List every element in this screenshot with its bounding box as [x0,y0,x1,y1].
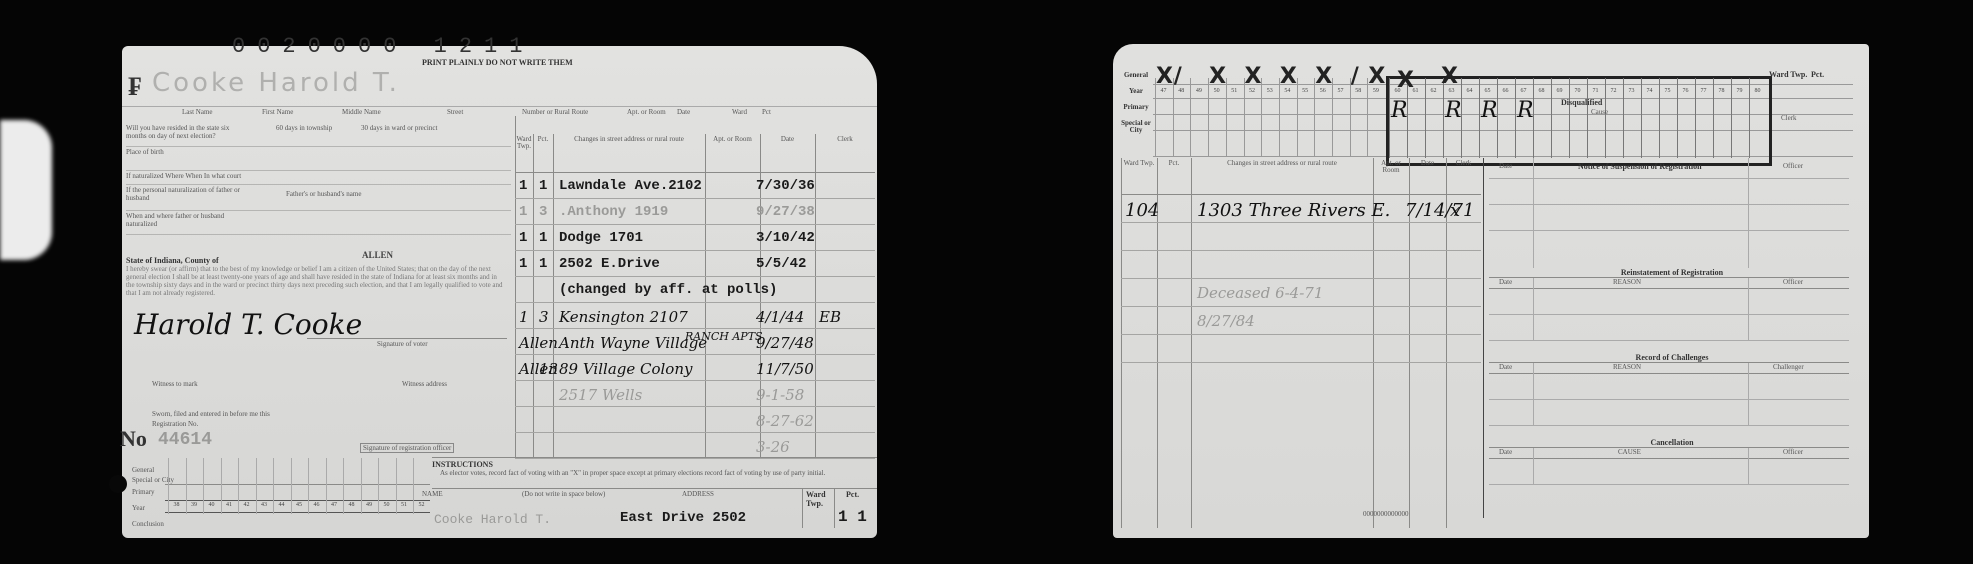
ward-label: Ward Twp. [1769,70,1807,79]
registration-label: Registration No. [152,420,198,428]
pct-cell: 1 [539,178,547,194]
footer-name-label: NAME [422,490,443,498]
address-cell: 1303 Three Rivers E. [1197,200,1390,221]
table-row [1121,226,1481,254]
vote-mark: X [1315,64,1332,89]
year-cell: 70 [1569,88,1586,94]
year-cell: 66 [1497,88,1514,94]
table-row: Deceased 6-4-71 [1121,282,1481,310]
party-mark: R [1391,98,1408,123]
section-row-line [1489,484,1849,485]
section-row-line [1489,399,1849,400]
year-cell: 71 [1587,88,1604,94]
name-field-label: Street [447,108,463,116]
f-mark-icon: ₣ [128,72,141,102]
year-cell: 75 [1659,88,1676,94]
name-field-label: Ward [732,108,747,116]
question-label: 30 days in ward or precinct [361,124,561,132]
grid-row-label: General [1121,72,1151,79]
divider [126,170,511,171]
year-cell: 49 [1190,88,1207,94]
question-label: Place of birth [126,148,326,156]
year-cell: 39 [186,502,203,508]
apt-cell: RANCH APTS [685,330,763,343]
grid-row-label: Year [132,504,145,512]
column-header: Date [760,136,815,143]
section-row-line [1489,425,1849,426]
date-cell: 9/27/38 [756,204,815,220]
year-cell: 50 [378,502,395,508]
year-cell: 41 [221,502,238,508]
table-row: AllenAnth Wayne VillageRANCH APTS9/27/48 [515,332,875,358]
divider [126,234,511,235]
date-cell: 9-1-58 [756,386,804,404]
section-col [1748,278,1749,340]
registration-card-back: GeneralYearPrimarySpecial or City47X48/4… [1113,44,1869,538]
year-cell: 51 [396,502,413,508]
vote-mark: X [1245,64,1262,89]
vote-mark: X [1209,64,1226,89]
footer-note: (Do not write in space below) [522,490,605,498]
ward-cell: Allen [519,334,558,352]
registration-number: 44614 [158,430,212,450]
section-col [1533,278,1534,340]
vote-mark: X [1156,64,1173,89]
address-cell: 2502 E.Drive [559,256,660,272]
voter-signature: Harold T. Cooke [134,308,362,341]
year-cell: 51 [1226,88,1243,94]
date-cell: 3-26 [756,438,790,456]
date-cell: 11/7/50 [756,360,814,378]
instructions-text: As elector votes, record fact of voting … [440,469,860,477]
column-header: Pct. [1157,160,1191,167]
section-col [1748,448,1749,484]
section-line [1489,458,1849,459]
status-records: DateNotice of Suspension of Registration… [1483,158,1861,528]
ward-cell: 104 [1125,200,1159,221]
table-row: 8-27-62 [515,410,875,436]
divider [126,184,511,185]
registration-card-front: 0020000 1211 PRINT PLAINLY DO NOT WRITE … [122,46,877,538]
table-row: 11Dodge 17013/10/42 [515,228,875,254]
party-mark: R [1517,98,1534,123]
county-value: ALLEN [362,250,393,260]
vote-mark: X [1441,64,1458,89]
section-header: Date [1499,363,1512,371]
year-cell: 57 [1332,88,1349,94]
grid-line [165,500,430,501]
year-cell: 77 [1695,88,1712,94]
table-row [1121,338,1481,366]
address-cell: .Anthony 1919 [559,204,668,220]
section-header: Officer [1783,448,1803,456]
year-cell: 65 [1479,88,1496,94]
section-header: Date [1499,162,1512,170]
date-cell: 8-27-62 [756,412,814,430]
footer-address-label: ADDRESS [682,490,714,498]
grid-row-label: Special or City [1121,120,1151,134]
grid-line [165,484,430,485]
grid-row-label: Conclusion [132,520,164,528]
date-cell: 9/27/48 [756,334,814,352]
year-cell: 45 [291,502,308,508]
party-mark: R [1445,98,1462,123]
table-row: Allen1389 Village Colony11/7/50 [515,358,875,384]
question-label: If naturalized Where When In what court [126,172,326,180]
column-header: Changes in street address or rural route [553,136,705,143]
year-cell: 67 [1515,88,1532,94]
voting-history-grid: GeneralYearPrimarySpecial or City47X48/4… [1121,64,1861,160]
question-label: If the personal naturalization of father… [126,186,246,202]
year-cell: 79 [1731,88,1748,94]
section-line [1489,373,1849,374]
section-header: Officer [1783,162,1803,170]
sworn-label: Sworn, filed and entered in before me th… [152,410,270,418]
address-cell: Lawndale Ave.2102 [559,178,702,194]
section-header: REASON [1613,363,1641,371]
vote-mark: / [1174,64,1182,89]
section-row-line [1489,230,1849,231]
name-field-label: Pct [762,108,771,116]
ward-cell: 1 [519,256,527,272]
ward-cell: 1 [519,230,527,246]
pct-cell: 3 [539,308,549,326]
section-col [1533,448,1534,484]
serial-number: 0020000 1211 [232,34,534,59]
vote-mark: X [1368,64,1385,89]
date-cell: 7/14/71 [1405,200,1474,221]
section-header: REASON [1613,278,1641,286]
pct-cell: 13 [539,360,558,378]
address-changes-table: Ward Twp.Pct.Changes in street address o… [1121,158,1481,528]
grid-row-label: Year [1121,88,1151,95]
table-row: 13Kensington 21074/1/44EB [515,306,875,332]
year-cell: 40 [203,502,220,508]
header-divider [1121,194,1481,195]
header-divider [515,172,875,173]
section-title: Cancellation [1483,438,1861,447]
clerk-cell: x [1450,200,1460,221]
section-row-line [1489,178,1849,179]
grid-row-label: Primary [132,488,155,496]
table-row: 3-26 [515,436,875,462]
name-field-label: Middle Name [342,108,381,116]
pct-cell: 3 [539,204,547,220]
name-field-label: Date [677,108,690,116]
table-row: 8/27/84 [1121,310,1481,338]
section-line [1489,288,1849,289]
divider [126,146,511,147]
name-field-label: First Name [262,108,293,116]
column-header: Date [1409,160,1446,167]
grid-row-label: Primary [1121,104,1151,111]
name-field-label: Apt. or Room [627,108,666,116]
pct-cell: 1 [539,230,547,246]
footer-name-value: Cooke Harold T. [434,512,551,527]
address-cell: 2517 Wells [559,386,642,404]
date-cell: 4/1/44 [756,308,804,326]
disqualified-label: Disqualified [1561,98,1602,107]
section-col [1533,158,1534,268]
pct-cell: 1 [539,256,547,272]
vote-mark: / [1351,64,1359,89]
table-row [1121,254,1481,282]
scanner-edge-artifact [0,120,52,260]
divider [126,210,511,211]
voter-name-faint: Cooke Harold T. [152,68,400,98]
footer-address-value: East Drive 2502 [620,510,746,526]
year-cell: 76 [1677,88,1694,94]
pct-label: Pct. [1811,70,1824,79]
voting-record-grid: GeneralSpecial or CityPrimaryYearConclus… [130,458,430,538]
address-cell: 89 Village Colony [559,360,692,378]
year-cell: 64 [1461,88,1478,94]
year-cell: 52 [413,502,430,508]
section-title: Reinstatement of Registration [1483,268,1861,277]
year-cell: 42 [238,502,255,508]
year-cell: 73 [1623,88,1640,94]
year-cell: 68 [1533,88,1550,94]
table-row: 1041303 Three Rivers E.7/14/71x [1121,198,1481,226]
address-cell: Kensington 2107 [559,308,688,326]
date-cell: 5/5/42 [756,256,806,272]
column-header: Clerk [815,136,875,143]
number-prefix: No [120,426,147,452]
name-field-label: Last Name [182,108,213,116]
section-title: Notice of Suspension of Registration [1578,162,1702,171]
clerk-cell: EB [819,308,841,326]
year-cell: 55 [1297,88,1314,94]
ward-cell: 1 [519,178,527,194]
cause-label: Cause [1591,108,1608,116]
table-row: (changed by aff. at polls) [515,280,875,306]
ward-cell: 1 [519,204,527,220]
column-header: Clerk [1446,160,1481,167]
address-cell: (changed by aff. at polls) [559,282,777,298]
section-col [1533,363,1534,425]
year-cell: 78 [1713,88,1730,94]
vote-mark: X [1397,68,1414,93]
footer-code: 0000000000000 [1363,510,1409,518]
question-label: Father's or husband's name [286,190,486,198]
section-header: CAUSE [1618,448,1641,456]
year-cell: 69 [1551,88,1568,94]
year-cell: 46 [308,502,325,508]
address-changes-table: Ward Twp.Pct.Changes in street address o… [515,134,875,459]
punch-hole [109,475,127,493]
ward-cell: 1 [519,308,529,326]
address-cell: 8/27/84 [1197,312,1255,330]
column-header: Changes in street address or rural route [1191,160,1373,167]
oath-heading: State of Indiana, County of [126,256,219,265]
year-cell: 80 [1749,88,1766,94]
witness-label: Witness to mark [152,380,198,388]
address-cell: Deceased 6-4-71 [1197,284,1323,302]
year-cell: 72 [1605,88,1622,94]
instructions-title: INSTRUCTIONS [432,460,493,469]
table-row: 13.Anthony 19199/27/38 [515,202,875,228]
section-col [1748,363,1749,425]
address-cell: Dodge 1701 [559,230,643,246]
section-row-line [1489,340,1849,341]
date-cell: 3/10/42 [756,230,815,246]
section-header: Date [1499,448,1512,456]
table-row: 2517 Wells9-1-58 [515,384,875,410]
oath-text: I hereby swear (or affirm) that to the b… [126,265,504,297]
side-divider [1483,158,1484,518]
question-label: Will you have resided in the state six m… [126,124,246,140]
section-title: Record of Challenges [1483,353,1861,362]
year-cell: 44 [273,502,290,508]
clerk-label: Clerk [1781,114,1797,122]
footer-pct-label: Pct. [846,490,859,499]
table-row: 11Lawndale Ave.21027/30/36 [515,176,875,202]
officer-label: Signature of registration officer [360,443,454,453]
column-header: Pct. [533,136,553,143]
section-row-line [1489,314,1849,315]
section-col [1748,158,1749,268]
vote-mark: X [1280,64,1297,89]
signature-label: Signature of voter [377,340,428,348]
section-row-line [1489,204,1849,205]
column-header: Apt. or Room [1373,160,1409,174]
column-header: Ward Twp. [515,136,533,150]
year-cell: 48 [343,502,360,508]
grid-line [165,512,430,513]
section-header: Officer [1783,278,1803,286]
year-cell: 62 [1425,88,1442,94]
section-header: Challenger [1773,363,1804,371]
column-header: Apt. or Room [705,136,760,143]
year-cell: 53 [1261,88,1278,94]
name-field-label: Number or Rural Route [522,108,588,116]
year-cell: 49 [361,502,378,508]
table-row: 112502 E.Drive5/5/42 [515,254,875,280]
year-cell: 47 [326,502,343,508]
header-notice: PRINT PLAINLY DO NOT WRITE THEM [422,58,573,67]
year-cell: 74 [1641,88,1658,94]
footer-ward-label: Ward Twp. [806,490,828,508]
party-mark: R [1481,98,1498,123]
name-labels-row: Last NameFirst NameMiddle NameStreetNumb… [122,108,877,118]
year-cell: 43 [256,502,273,508]
year-cell: 38 [168,502,185,508]
section-header: Date [1499,278,1512,286]
footer-pct-value: 1 1 [838,508,867,526]
question-label: When and where father or husband natural… [126,212,246,228]
column-header: Ward Twp. [1121,160,1157,167]
grid-row-label: General [132,466,154,474]
date-cell: 7/30/36 [756,178,815,194]
witness-address-label: Witness address [402,380,447,388]
